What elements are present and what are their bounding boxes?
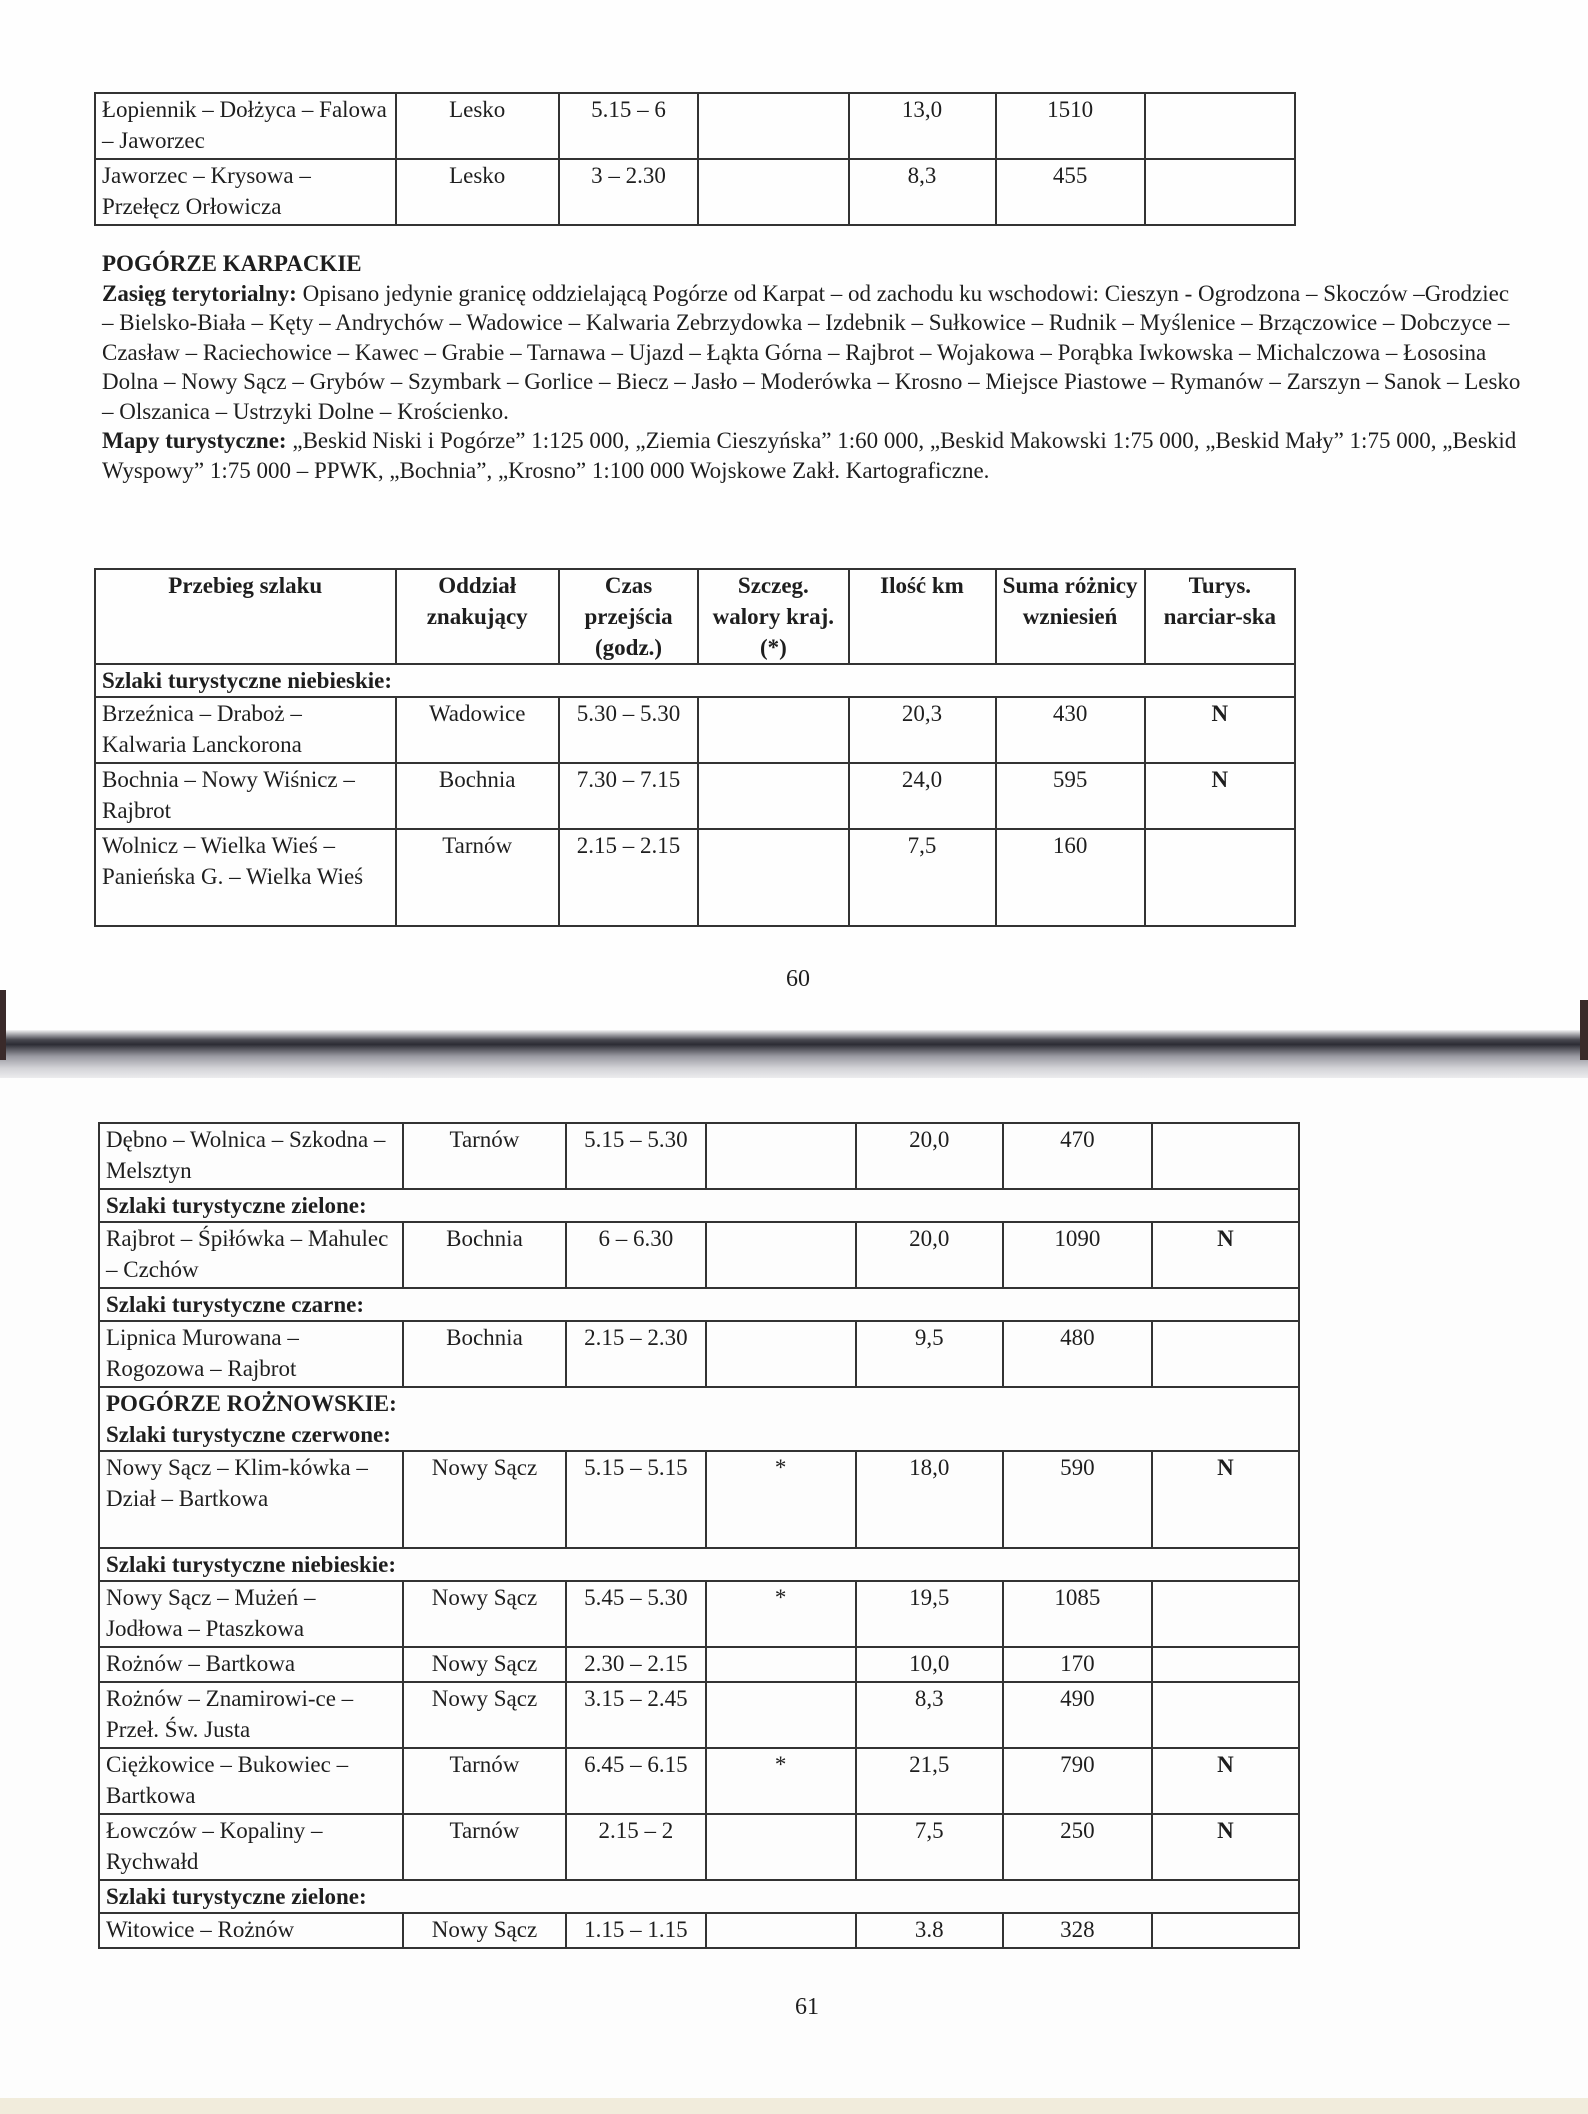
cell-special — [706, 1814, 856, 1880]
cell-elevation: 590 — [1003, 1451, 1152, 1548]
range-label: Zasięg terytorialny: — [102, 281, 297, 306]
table-body: Szlaki turystyczne niebieskie:Brzeźnica … — [95, 664, 1295, 926]
cell-ski — [1152, 1913, 1299, 1948]
section-row: Szlaki turystyczne zielone: — [99, 1189, 1299, 1222]
table-body: Łopiennik – Dołżyca – Falowa – JaworzecL… — [95, 93, 1295, 225]
cell-special — [698, 829, 848, 926]
table-row: Nowy Sącz – Mużeń – Jodłowa – PtaszkowaN… — [99, 1581, 1299, 1647]
cell-special: * — [706, 1748, 856, 1814]
cell-time: 3.15 – 2.45 — [566, 1682, 705, 1748]
cell-km: 19,5 — [856, 1581, 1003, 1647]
table-row: Rożnów – Znamirowi-ce – Przeł. Św. Justa… — [99, 1682, 1299, 1748]
col-header-elevation: Suma różnicy wzniesień — [996, 569, 1145, 664]
cell-dept: Nowy Sącz — [403, 1682, 566, 1748]
cell-special — [698, 159, 848, 225]
section-label: Szlaki turystyczne niebieskie: — [95, 664, 1295, 697]
cell-time: 6.45 – 6.15 — [566, 1748, 705, 1814]
cell-special — [706, 1123, 856, 1189]
section-row: POGÓRZE ROŻNOWSKIE:Szlaki turystyczne cz… — [99, 1387, 1299, 1451]
trail-table-karpackie: Przebieg szlaku Oddział znakujący Czas p… — [94, 568, 1296, 927]
cell-special — [706, 1647, 856, 1682]
territorial-range: Zasięg terytorialny: Opisano jedynie gra… — [102, 279, 1522, 427]
cell-route: Brzeźnica – Draboż – Kalwaria Lanckorona — [95, 697, 396, 763]
cell-route: Ciężkowice – Bukowiec – Bartkowa — [99, 1748, 403, 1814]
cell-elevation: 1510 — [996, 93, 1145, 159]
cell-special — [698, 763, 848, 829]
section-label: Szlaki turystyczne zielone: — [99, 1189, 1299, 1222]
cell-km: 20,0 — [856, 1222, 1003, 1288]
col-header-km: Ilość km — [849, 569, 996, 664]
cell-ski: N — [1152, 1222, 1299, 1288]
cell-elevation: 328 — [1003, 1913, 1152, 1948]
cell-elevation: 595 — [996, 763, 1145, 829]
table-row: Rajbrot – Śpiłówka – Mahulec – CzchówBoc… — [99, 1222, 1299, 1288]
cell-route: Nowy Sącz – Mużeń – Jodłowa – Ptaszkowa — [99, 1581, 403, 1647]
cell-ski — [1152, 1581, 1299, 1647]
region-title: POGÓRZE KARPACKIE — [102, 249, 1522, 279]
cell-dept: Nowy Sącz — [403, 1451, 566, 1548]
table-row: Rożnów – BartkowaNowy Sącz2.30 – 2.1510,… — [99, 1647, 1299, 1682]
cell-km: 20,0 — [856, 1123, 1003, 1189]
section-title: POGÓRZE ROŻNOWSKIE: — [106, 1388, 1292, 1419]
col-header-ski: Turys. narciar-ska — [1145, 569, 1295, 664]
cell-dept: Nowy Sącz — [403, 1647, 566, 1682]
section-title: Szlaki turystyczne niebieskie: — [102, 665, 1288, 696]
book-binding-shadow — [0, 1030, 1588, 1078]
cell-km: 24,0 — [849, 763, 996, 829]
section-row: Szlaki turystyczne niebieskie: — [95, 664, 1295, 697]
section-label: Szlaki turystyczne czarne: — [99, 1288, 1299, 1321]
cell-ski: N — [1145, 697, 1295, 763]
table-body: Dębno – Wolnica – Szkodna – MelsztynTarn… — [99, 1123, 1299, 1948]
cell-time: 5.45 – 5.30 — [566, 1581, 705, 1647]
cell-dept: Bochnia — [396, 763, 559, 829]
cell-route: Bochnia – Nowy Wiśnicz – Rajbrot — [95, 763, 396, 829]
cell-time: 2.15 – 2.15 — [559, 829, 698, 926]
cell-route: Wolnicz – Wielka Wieś – Panieńska G. – W… — [95, 829, 396, 926]
cell-ski — [1145, 159, 1295, 225]
cell-ski: N — [1145, 763, 1295, 829]
cell-time: 2.15 – 2 — [566, 1814, 705, 1880]
cell-elevation: 1090 — [1003, 1222, 1152, 1288]
continued-trail-table: Łopiennik – Dołżyca – Falowa – JaworzecL… — [94, 92, 1296, 226]
table-header: Przebieg szlaku Oddział znakujący Czas p… — [95, 569, 1295, 664]
table-row: Wolnicz – Wielka Wieś – Panieńska G. – W… — [95, 829, 1295, 926]
cell-ski — [1152, 1682, 1299, 1748]
tourist-maps: Mapy turystyczne: „Beskid Niski i Pogórz… — [102, 426, 1522, 485]
cell-time: 5.30 – 5.30 — [559, 697, 698, 763]
col-header-time: Czas przejścia (godz.) — [559, 569, 698, 664]
cell-elevation: 480 — [1003, 1321, 1152, 1387]
cell-ski: N — [1152, 1814, 1299, 1880]
table-row: Łowczów – Kopaliny – RychwałdTarnów2.15 … — [99, 1814, 1299, 1880]
table-row: Bochnia – Nowy Wiśnicz – RajbrotBochnia7… — [95, 763, 1295, 829]
cell-dept: Lesko — [396, 93, 559, 159]
cell-km: 8,3 — [856, 1682, 1003, 1748]
cell-route: Dębno – Wolnica – Szkodna – Melsztyn — [99, 1123, 403, 1189]
cell-special: * — [706, 1451, 856, 1548]
section-row: Szlaki turystyczne zielone: — [99, 1880, 1299, 1913]
cell-km: 7,5 — [849, 829, 996, 926]
section-title: Szlaki turystyczne niebieskie: — [106, 1549, 1292, 1580]
col-header-route: Przebieg szlaku — [95, 569, 396, 664]
cell-special — [698, 697, 848, 763]
cell-km: 21,5 — [856, 1748, 1003, 1814]
cell-route: Rajbrot – Śpiłówka – Mahulec – Czchów — [99, 1222, 403, 1288]
book-edge — [1580, 1000, 1588, 1060]
table-row: Dębno – Wolnica – Szkodna – MelsztynTarn… — [99, 1123, 1299, 1189]
section-title: Szlaki turystyczne zielone: — [106, 1881, 1292, 1912]
cell-time: 2.15 – 2.30 — [566, 1321, 705, 1387]
cell-ski — [1145, 829, 1295, 926]
cell-special — [698, 93, 848, 159]
cell-elevation: 490 — [1003, 1682, 1152, 1748]
cell-elevation: 160 — [996, 829, 1145, 926]
cell-dept: Nowy Sącz — [403, 1581, 566, 1647]
cell-time: 5.15 – 5.15 — [566, 1451, 705, 1548]
cell-dept: Lesko — [396, 159, 559, 225]
trail-table-roznowskie: Dębno – Wolnica – Szkodna – MelsztynTarn… — [98, 1122, 1300, 1949]
col-header-special: Szczeg. walory kraj. (*) — [698, 569, 848, 664]
cell-km: 20,3 — [849, 697, 996, 763]
cell-special — [706, 1682, 856, 1748]
cell-km: 18,0 — [856, 1451, 1003, 1548]
cell-time: 7.30 – 7.15 — [559, 763, 698, 829]
page-number: 61 — [795, 1994, 819, 2021]
col-header-dept: Oddział znakujący — [396, 569, 559, 664]
page-number: 60 — [786, 966, 810, 993]
cell-dept: Tarnów — [403, 1748, 566, 1814]
cell-time: 5.15 – 5.30 — [566, 1123, 705, 1189]
cell-dept: Tarnów — [403, 1123, 566, 1189]
cell-ski — [1152, 1647, 1299, 1682]
cell-route: Jaworzec – Krysowa – Przełęcz Orłowicza — [95, 159, 396, 225]
cell-elevation: 1085 — [1003, 1581, 1152, 1647]
maps-text: „Beskid Niski i Pogórze” 1:125 000, „Zie… — [102, 428, 1516, 483]
cell-elevation: 250 — [1003, 1814, 1152, 1880]
cell-special: * — [706, 1581, 856, 1647]
section-label: POGÓRZE ROŻNOWSKIE:Szlaki turystyczne cz… — [99, 1387, 1299, 1451]
maps-label: Mapy turystyczne: — [102, 428, 287, 453]
cell-ski — [1152, 1123, 1299, 1189]
cell-route: Lipnica Murowana – Rogozowa – Rajbrot — [99, 1321, 403, 1387]
cell-route: Rożnów – Znamirowi-ce – Przeł. Św. Justa — [99, 1682, 403, 1748]
scan-edge — [0, 2098, 1588, 2114]
cell-special — [706, 1222, 856, 1288]
cell-route: Łowczów – Kopaliny – Rychwałd — [99, 1814, 403, 1880]
cell-km: 3.8 — [856, 1913, 1003, 1948]
table-row: Jaworzec – Krysowa – Przełęcz OrłowiczaL… — [95, 159, 1295, 225]
cell-time: 6 – 6.30 — [566, 1222, 705, 1288]
cell-ski — [1152, 1321, 1299, 1387]
cell-time: 1.15 – 1.15 — [566, 1913, 705, 1948]
cell-km: 7,5 — [856, 1814, 1003, 1880]
cell-route: Nowy Sącz – Klim-kówka – Dział – Bartkow… — [99, 1451, 403, 1548]
table-row: Brzeźnica – Draboż – Kalwaria Lanckorona… — [95, 697, 1295, 763]
table-row: Nowy Sącz – Klim-kówka – Dział – Bartkow… — [99, 1451, 1299, 1548]
cell-elevation: 455 — [996, 159, 1145, 225]
cell-time: 2.30 – 2.15 — [566, 1647, 705, 1682]
cell-special — [706, 1913, 856, 1948]
section-label: Szlaki turystyczne niebieskie: — [99, 1548, 1299, 1581]
section-row: Szlaki turystyczne czarne: — [99, 1288, 1299, 1321]
cell-dept: Tarnów — [403, 1814, 566, 1880]
cell-km: 8,3 — [849, 159, 996, 225]
cell-elevation: 170 — [1003, 1647, 1152, 1682]
section-title: Szlaki turystyczne czarne: — [106, 1289, 1292, 1320]
section-row: Szlaki turystyczne niebieskie: — [99, 1548, 1299, 1581]
cell-route: Łopiennik – Dołżyca – Falowa – Jaworzec — [95, 93, 396, 159]
cell-elevation: 790 — [1003, 1748, 1152, 1814]
cell-dept: Tarnów — [396, 829, 559, 926]
cell-dept: Wadowice — [396, 697, 559, 763]
cell-route: Rożnów – Bartkowa — [99, 1647, 403, 1682]
section-label: Szlaki turystyczne zielone: — [99, 1880, 1299, 1913]
cell-km: 13,0 — [849, 93, 996, 159]
section-title: Szlaki turystyczne zielone: — [106, 1190, 1292, 1221]
cell-time: 3 – 2.30 — [559, 159, 698, 225]
cell-dept: Nowy Sącz — [403, 1913, 566, 1948]
table-row: Witowice – RożnówNowy Sącz1.15 – 1.153.8… — [99, 1913, 1299, 1948]
section-subtitle: Szlaki turystyczne czerwone: — [106, 1419, 1292, 1450]
cell-ski: N — [1152, 1748, 1299, 1814]
cell-dept: Bochnia — [403, 1222, 566, 1288]
cell-ski: N — [1152, 1451, 1299, 1548]
book-edge — [0, 990, 6, 1060]
cell-km: 10,0 — [856, 1647, 1003, 1682]
cell-km: 9,5 — [856, 1321, 1003, 1387]
region-description: POGÓRZE KARPACKIE Zasięg terytorialny: O… — [102, 249, 1522, 485]
range-text: Opisano jedynie granicę oddzielającą Pog… — [102, 281, 1520, 424]
cell-ski — [1145, 93, 1295, 159]
table-row: Lipnica Murowana – Rogozowa – RajbrotBoc… — [99, 1321, 1299, 1387]
cell-elevation: 430 — [996, 697, 1145, 763]
cell-special — [706, 1321, 856, 1387]
table-row: Łopiennik – Dołżyca – Falowa – JaworzecL… — [95, 93, 1295, 159]
cell-elevation: 470 — [1003, 1123, 1152, 1189]
table-row: Ciężkowice – Bukowiec – BartkowaTarnów6.… — [99, 1748, 1299, 1814]
cell-time: 5.15 – 6 — [559, 93, 698, 159]
cell-dept: Bochnia — [403, 1321, 566, 1387]
cell-route: Witowice – Rożnów — [99, 1913, 403, 1948]
